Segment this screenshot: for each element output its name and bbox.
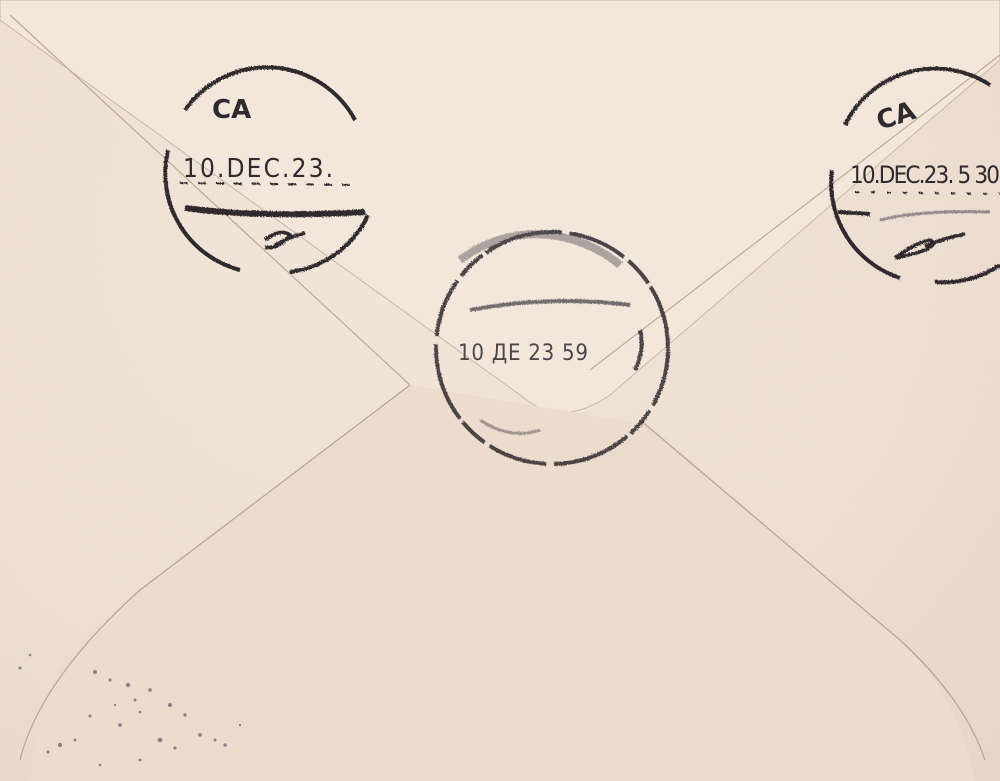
arrival-postmark-date: 10 ДЕ 23 59 <box>458 341 588 366</box>
right-postmark-date: 10.DEC.23. 5 30 <box>850 161 1000 189</box>
envelope-artwork: CA 10.DEC.23. CA 10.DEC.23. 5 30 10 ДЕ 2… <box>0 0 1000 781</box>
left-postmark-city: CA <box>212 95 251 125</box>
envelope-back: CA 10.DEC.23. CA 10.DEC.23. 5 30 10 ДЕ 2… <box>0 0 1000 781</box>
left-postmark-date: 10.DEC.23. <box>183 154 333 184</box>
